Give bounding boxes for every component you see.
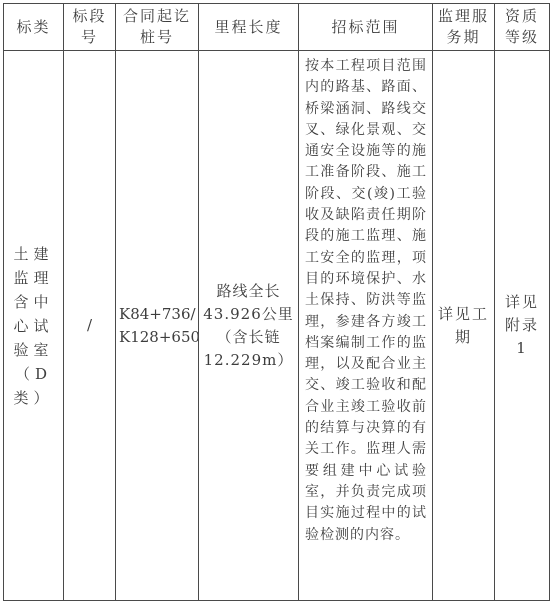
header-bidding-scope: 招标范围 [299, 4, 433, 51]
cell-bidding-scope: 按本工程项目范围内的路基、路面、桥梁涵洞、路线交叉、绿化景观、交通安全设施等的施… [299, 51, 433, 601]
table-header-row: 标类 标段号 合同起讫桩号 里程长度 招标范围 监理服务期 资质等级 [4, 4, 550, 51]
header-contract-stakes: 合同起讫桩号 [116, 4, 199, 51]
document-page: 标类 标段号 合同起讫桩号 里程长度 招标范围 监理服务期 资质等级 土建 监理… [0, 0, 551, 606]
cell-section-no: / [64, 51, 116, 601]
header-category: 标类 [4, 4, 64, 51]
header-mileage-length: 里程长度 [199, 4, 299, 51]
cell-category: 土建 监理 含中 心试 验室 （D 类） [4, 51, 64, 601]
cell-supervision-period: 详见工 期 [433, 51, 495, 601]
header-supervision-period: 监理服务期 [433, 4, 495, 51]
cell-qualification-level: 详见 附录 1 [495, 51, 550, 601]
header-section-no: 标段号 [64, 4, 116, 51]
bid-section-table: 标类 标段号 合同起讫桩号 里程长度 招标范围 监理服务期 资质等级 土建 监理… [3, 3, 550, 601]
header-qualification-level: 资质等级 [495, 4, 550, 51]
table-row: 土建 监理 含中 心试 验室 （D 类） / K84+736/ K128+650… [4, 51, 550, 601]
cell-mileage-length: 路线全长 43.926公里 （含长链 12.229m） [199, 51, 299, 601]
cell-contract-stakes: K84+736/ K128+650 [116, 51, 199, 601]
